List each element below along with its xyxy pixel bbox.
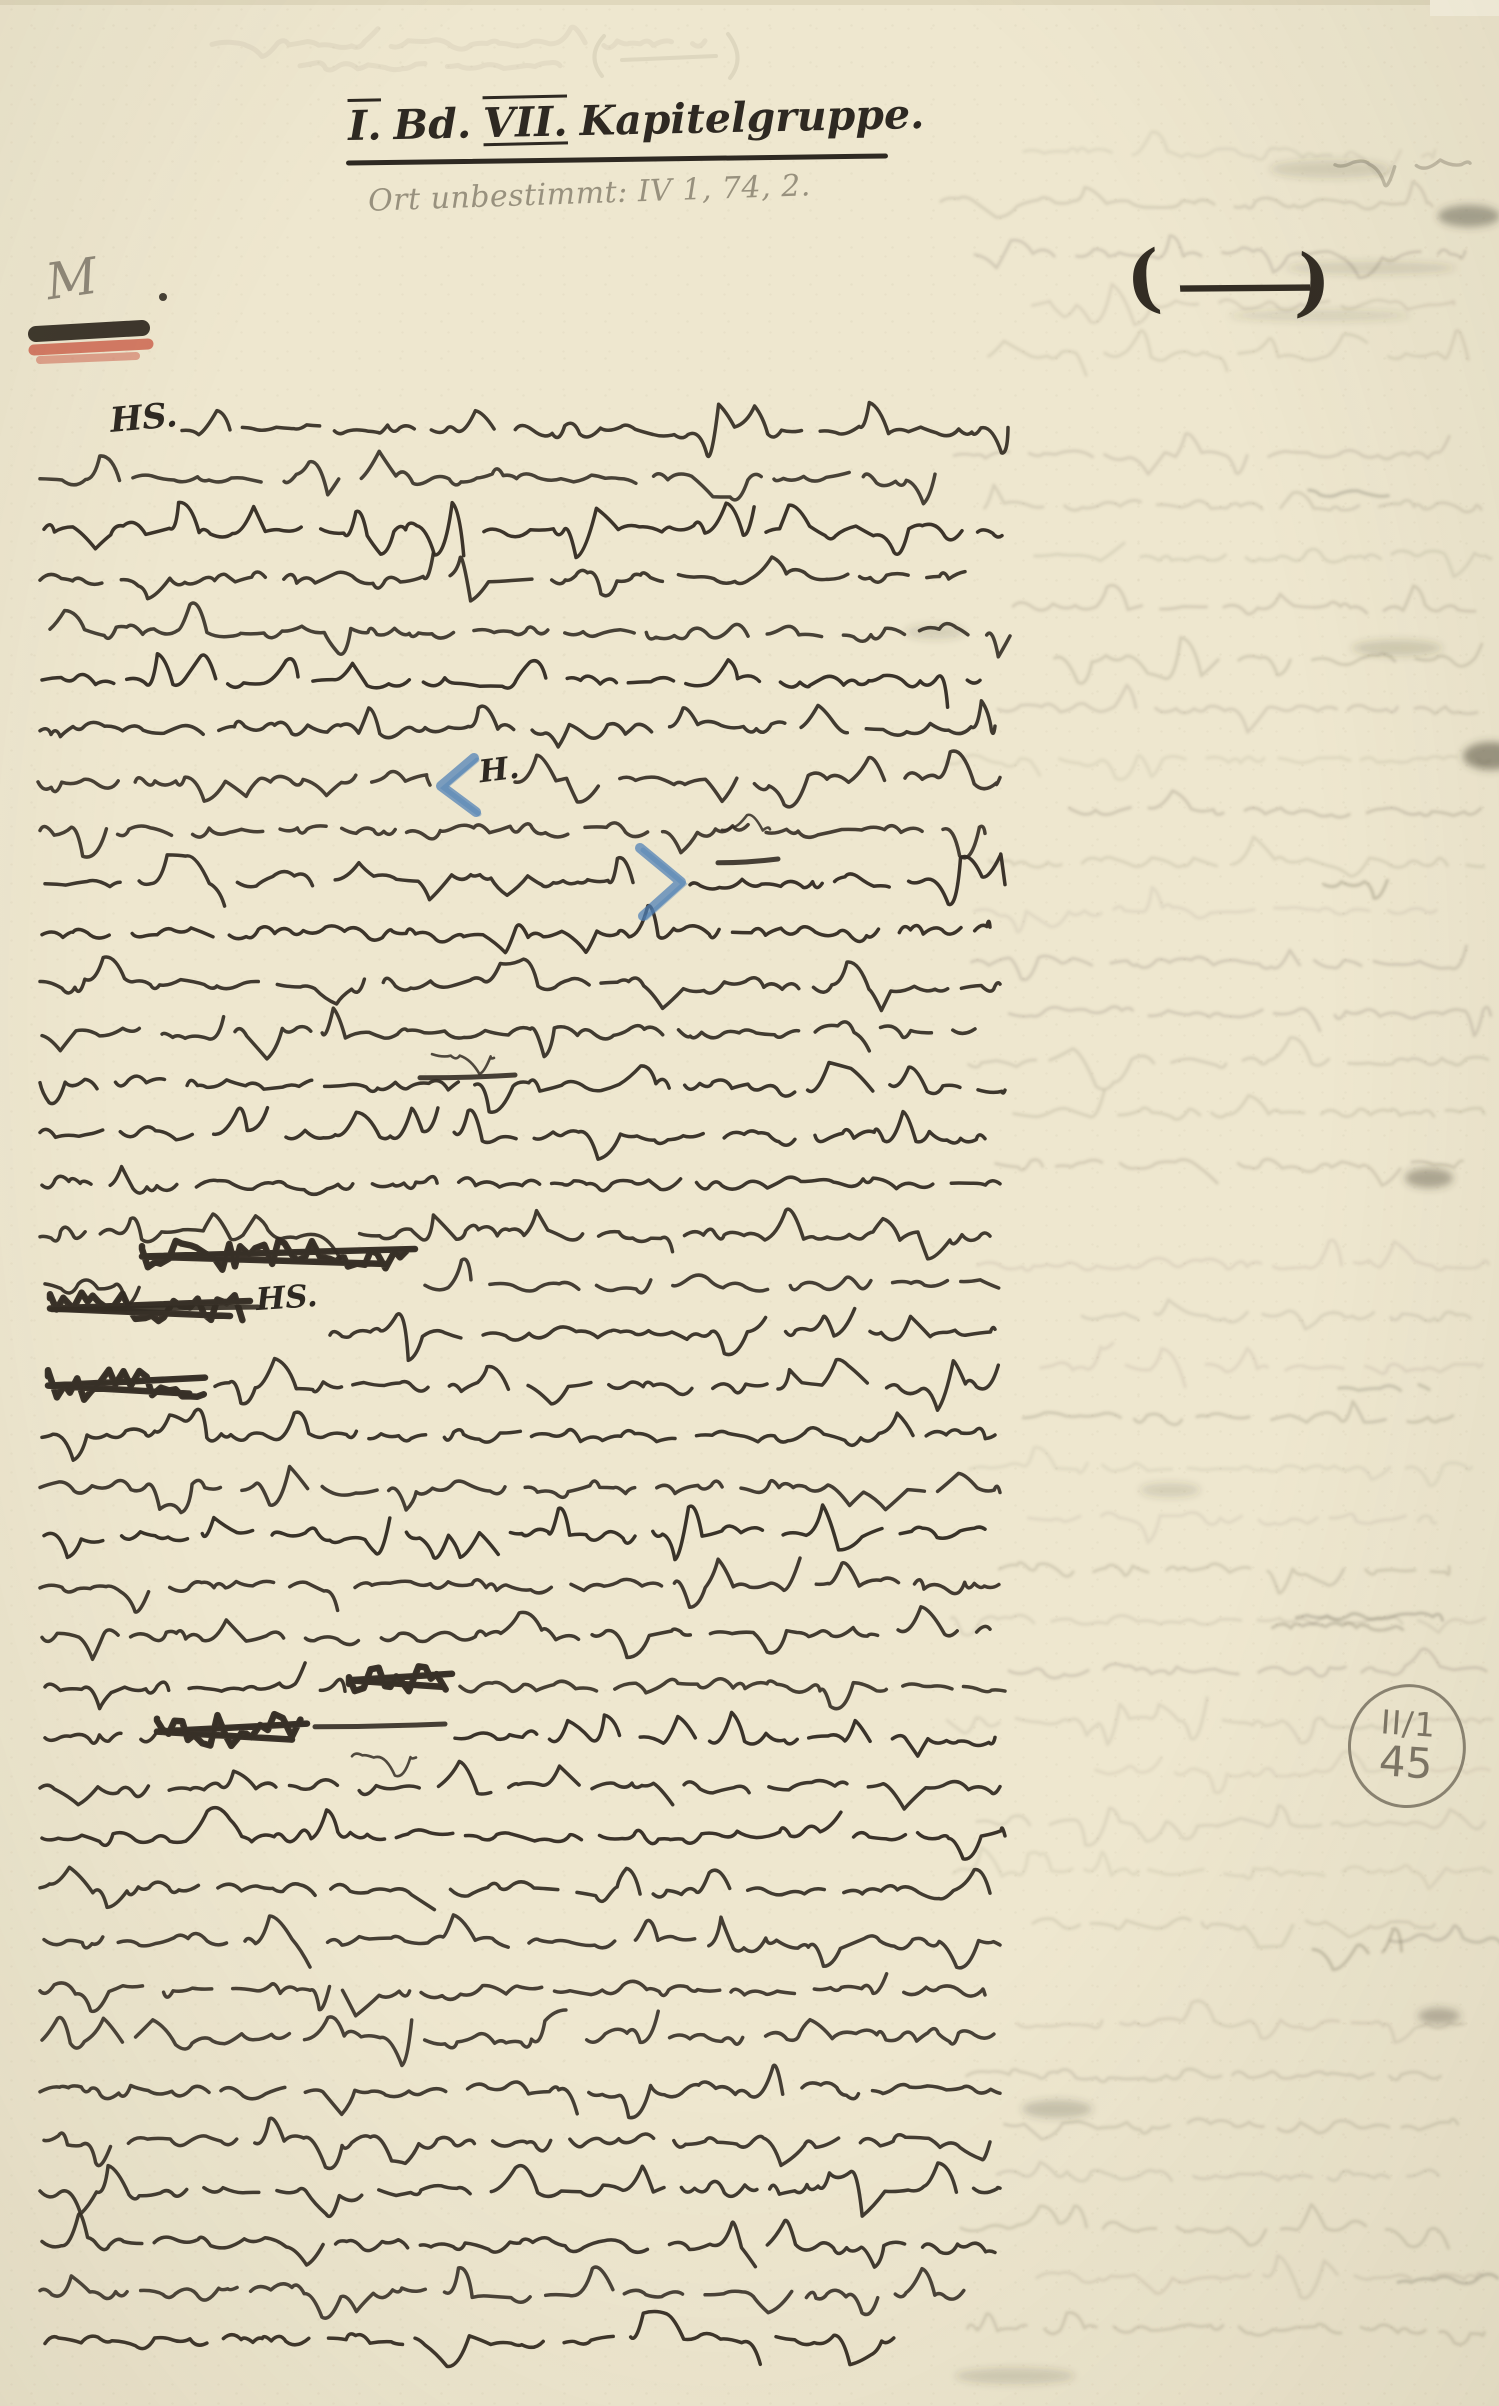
legible-fragment-hs-2: HS. [255,1278,319,1318]
title-volume-numeral: I. [348,101,382,150]
dash-mark-open-paren: ( [1122,235,1164,324]
legible-fragment-hs-1: HS. [108,395,179,441]
manuscript-page: I. Bd. VII. Kapitelgruppe. Ort unbestimm… [0,0,1499,2406]
scan-top-edge [0,0,1499,5]
stamp-page-number: 45 [1378,1739,1434,1787]
margin-m-mark: M [42,247,101,312]
legible-fragment-h: H. [477,750,521,791]
dash-mark-close-paren: ) [1293,239,1334,327]
handwriting-artwork [0,0,1499,2406]
paper-corner-patch [1430,0,1499,16]
title-chapter-numeral: VII. [483,97,568,147]
title-band-abbrev: Bd. [393,99,472,149]
title-kapitelgruppe: Kapitelgruppe. [579,90,925,145]
